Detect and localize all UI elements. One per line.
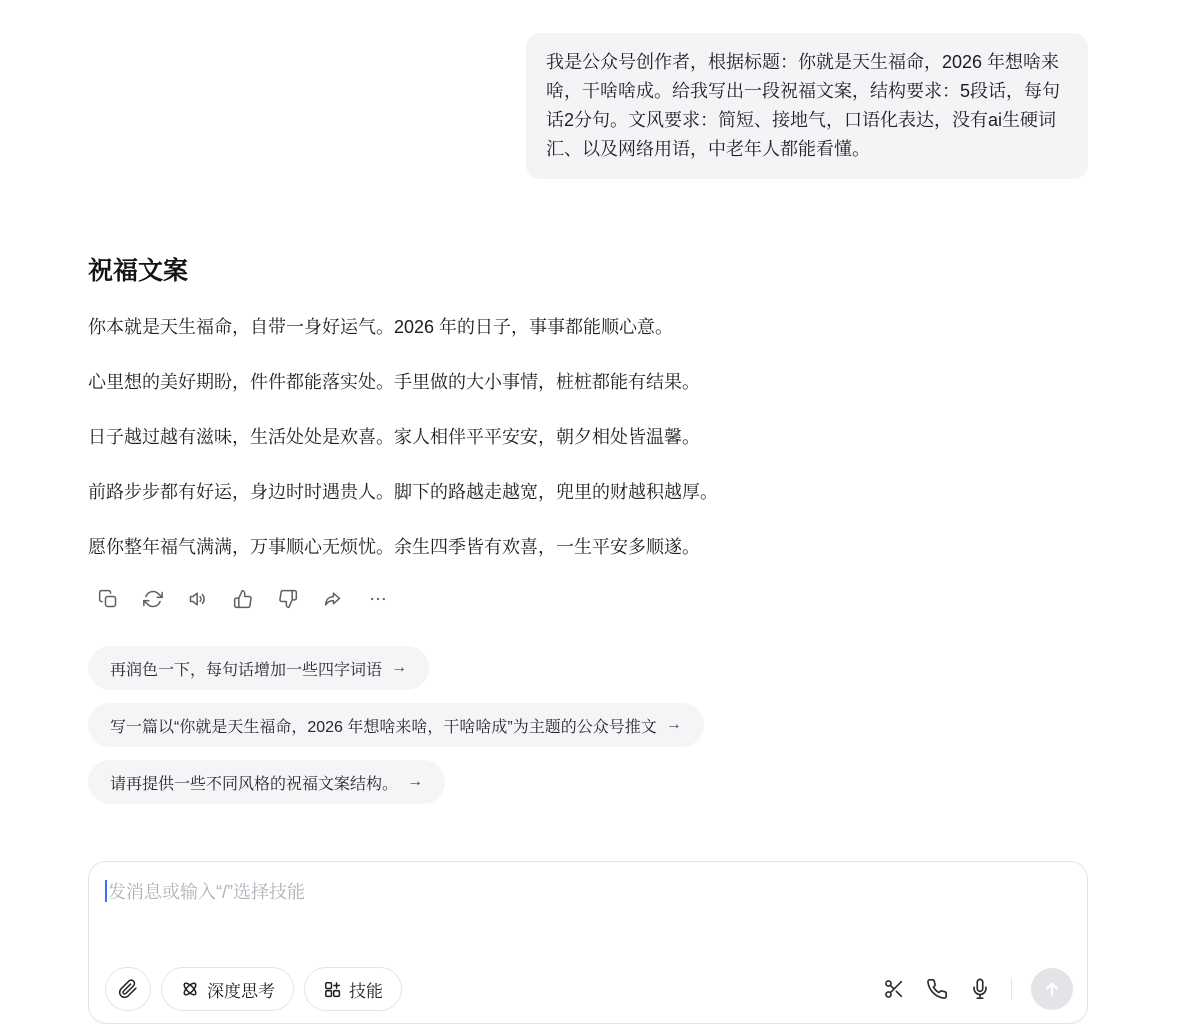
- arrow-right-icon: →: [407, 773, 423, 791]
- message-action-row: [88, 588, 1088, 610]
- chat-column: 我是公众号创作者，根据标题：你就是天生福命，2026 年想啥来啥，干啥啥成。给我…: [88, 0, 1088, 1024]
- thumbs-up-button[interactable]: [232, 588, 254, 610]
- scissors-icon: [883, 978, 905, 1000]
- microphone-button[interactable]: [968, 977, 992, 1001]
- skills-label: 技能: [349, 977, 383, 1002]
- skills-button[interactable]: 技能: [304, 967, 402, 1011]
- thumbs-down-button[interactable]: [277, 588, 299, 610]
- attach-file-button[interactable]: [105, 967, 151, 1011]
- composer-toolbar-right: [882, 968, 1073, 1010]
- assistant-paragraph: 愿你整年福气满满，万事顺心无烦忧。余生四季皆有欢喜，一生平安多顺遂。: [88, 533, 1088, 562]
- deep-think-label: 深度思考: [207, 977, 275, 1002]
- assistant-paragraph: 前路步步都有好运，身边时时遇贵人。脚下的路越走越宽，兜里的财越积越厚。: [88, 478, 1088, 507]
- regenerate-icon: [143, 589, 163, 609]
- suggestion-pill[interactable]: 请再提供一些不同风格的祝福文案结构。 →: [88, 760, 445, 804]
- scissors-button[interactable]: [882, 977, 906, 1001]
- composer-toolbar: 深度思考 技能: [105, 967, 1073, 1011]
- more-icon: [368, 589, 388, 609]
- thumbs-up-icon: [233, 589, 253, 609]
- copy-icon: [98, 589, 118, 609]
- deep-think-icon: [180, 979, 200, 999]
- more-button[interactable]: [367, 588, 389, 610]
- regenerate-button[interactable]: [142, 588, 164, 610]
- send-arrow-icon: [1041, 978, 1063, 1000]
- send-button[interactable]: [1031, 968, 1073, 1010]
- arrow-right-icon: →: [391, 659, 407, 677]
- suggestion-list: 再润色一下，每句话增加一些四字词语 → 写一篇以“你就是天生福命，2026 年想…: [88, 646, 1088, 804]
- phone-call-button[interactable]: [925, 977, 949, 1001]
- skills-icon: [323, 980, 342, 999]
- suggestion-pill[interactable]: 再润色一下，每句话增加一些四字词语 →: [88, 646, 429, 690]
- microphone-icon: [969, 978, 991, 1000]
- user-message-bubble: 我是公众号创作者，根据标题：你就是天生福命，2026 年想啥来啥，干啥啥成。给我…: [526, 33, 1088, 179]
- assistant-paragraph: 你本就是天生福命，自带一身好运气。2026 年的日子，事事都能顺心意。: [88, 313, 1088, 342]
- user-message-row: 我是公众号创作者，根据标题：你就是天生福命，2026 年想啥来啥，干啥啥成。给我…: [88, 33, 1088, 179]
- share-button[interactable]: [322, 588, 344, 610]
- suggestion-label: 请再提供一些不同风格的祝福文案结构。: [110, 771, 398, 794]
- composer-toolbar-left: 深度思考 技能: [105, 967, 402, 1011]
- paperclip-icon: [118, 979, 138, 999]
- suggestion-label: 写一篇以“你就是天生福命，2026 年想啥来啥，干啥啥成”为主题的公众号推文: [110, 714, 657, 737]
- deep-think-button[interactable]: 深度思考: [161, 967, 294, 1011]
- suggestion-label: 再润色一下，每句话增加一些四字词语: [110, 657, 382, 680]
- toolbar-divider: [1011, 978, 1012, 1000]
- arrow-right-icon: →: [666, 716, 682, 734]
- composer: 发消息或输入“/”选择技能 深度思考: [88, 861, 1088, 1024]
- assistant-paragraph: 日子越过越有滋味，生活处处是欢喜。家人相伴平平安安，朝夕相处皆温馨。: [88, 423, 1088, 452]
- input-placeholder: 发消息或输入“/”选择技能: [108, 878, 305, 904]
- speaker-icon: [188, 589, 208, 609]
- copy-button[interactable]: [97, 588, 119, 610]
- suggestion-pill[interactable]: 写一篇以“你就是天生福命，2026 年想啥来啥，干啥啥成”为主题的公众号推文 →: [88, 703, 704, 747]
- message-input[interactable]: 发消息或输入“/”选择技能: [105, 878, 1073, 904]
- assistant-message-title: 祝福文案: [88, 251, 1088, 287]
- assistant-paragraph: 心里想的美好期盼，件件都能落实处。手里做的大小事情，桩桩都能有结果。: [88, 368, 1088, 397]
- assistant-message: 祝福文案 你本就是天生福命，自带一身好运气。2026 年的日子，事事都能顺心意。…: [88, 251, 1088, 610]
- read-aloud-button[interactable]: [187, 588, 209, 610]
- thumbs-down-icon: [278, 589, 298, 609]
- phone-icon: [926, 978, 948, 1000]
- text-caret: [105, 880, 107, 902]
- share-icon: [323, 589, 343, 609]
